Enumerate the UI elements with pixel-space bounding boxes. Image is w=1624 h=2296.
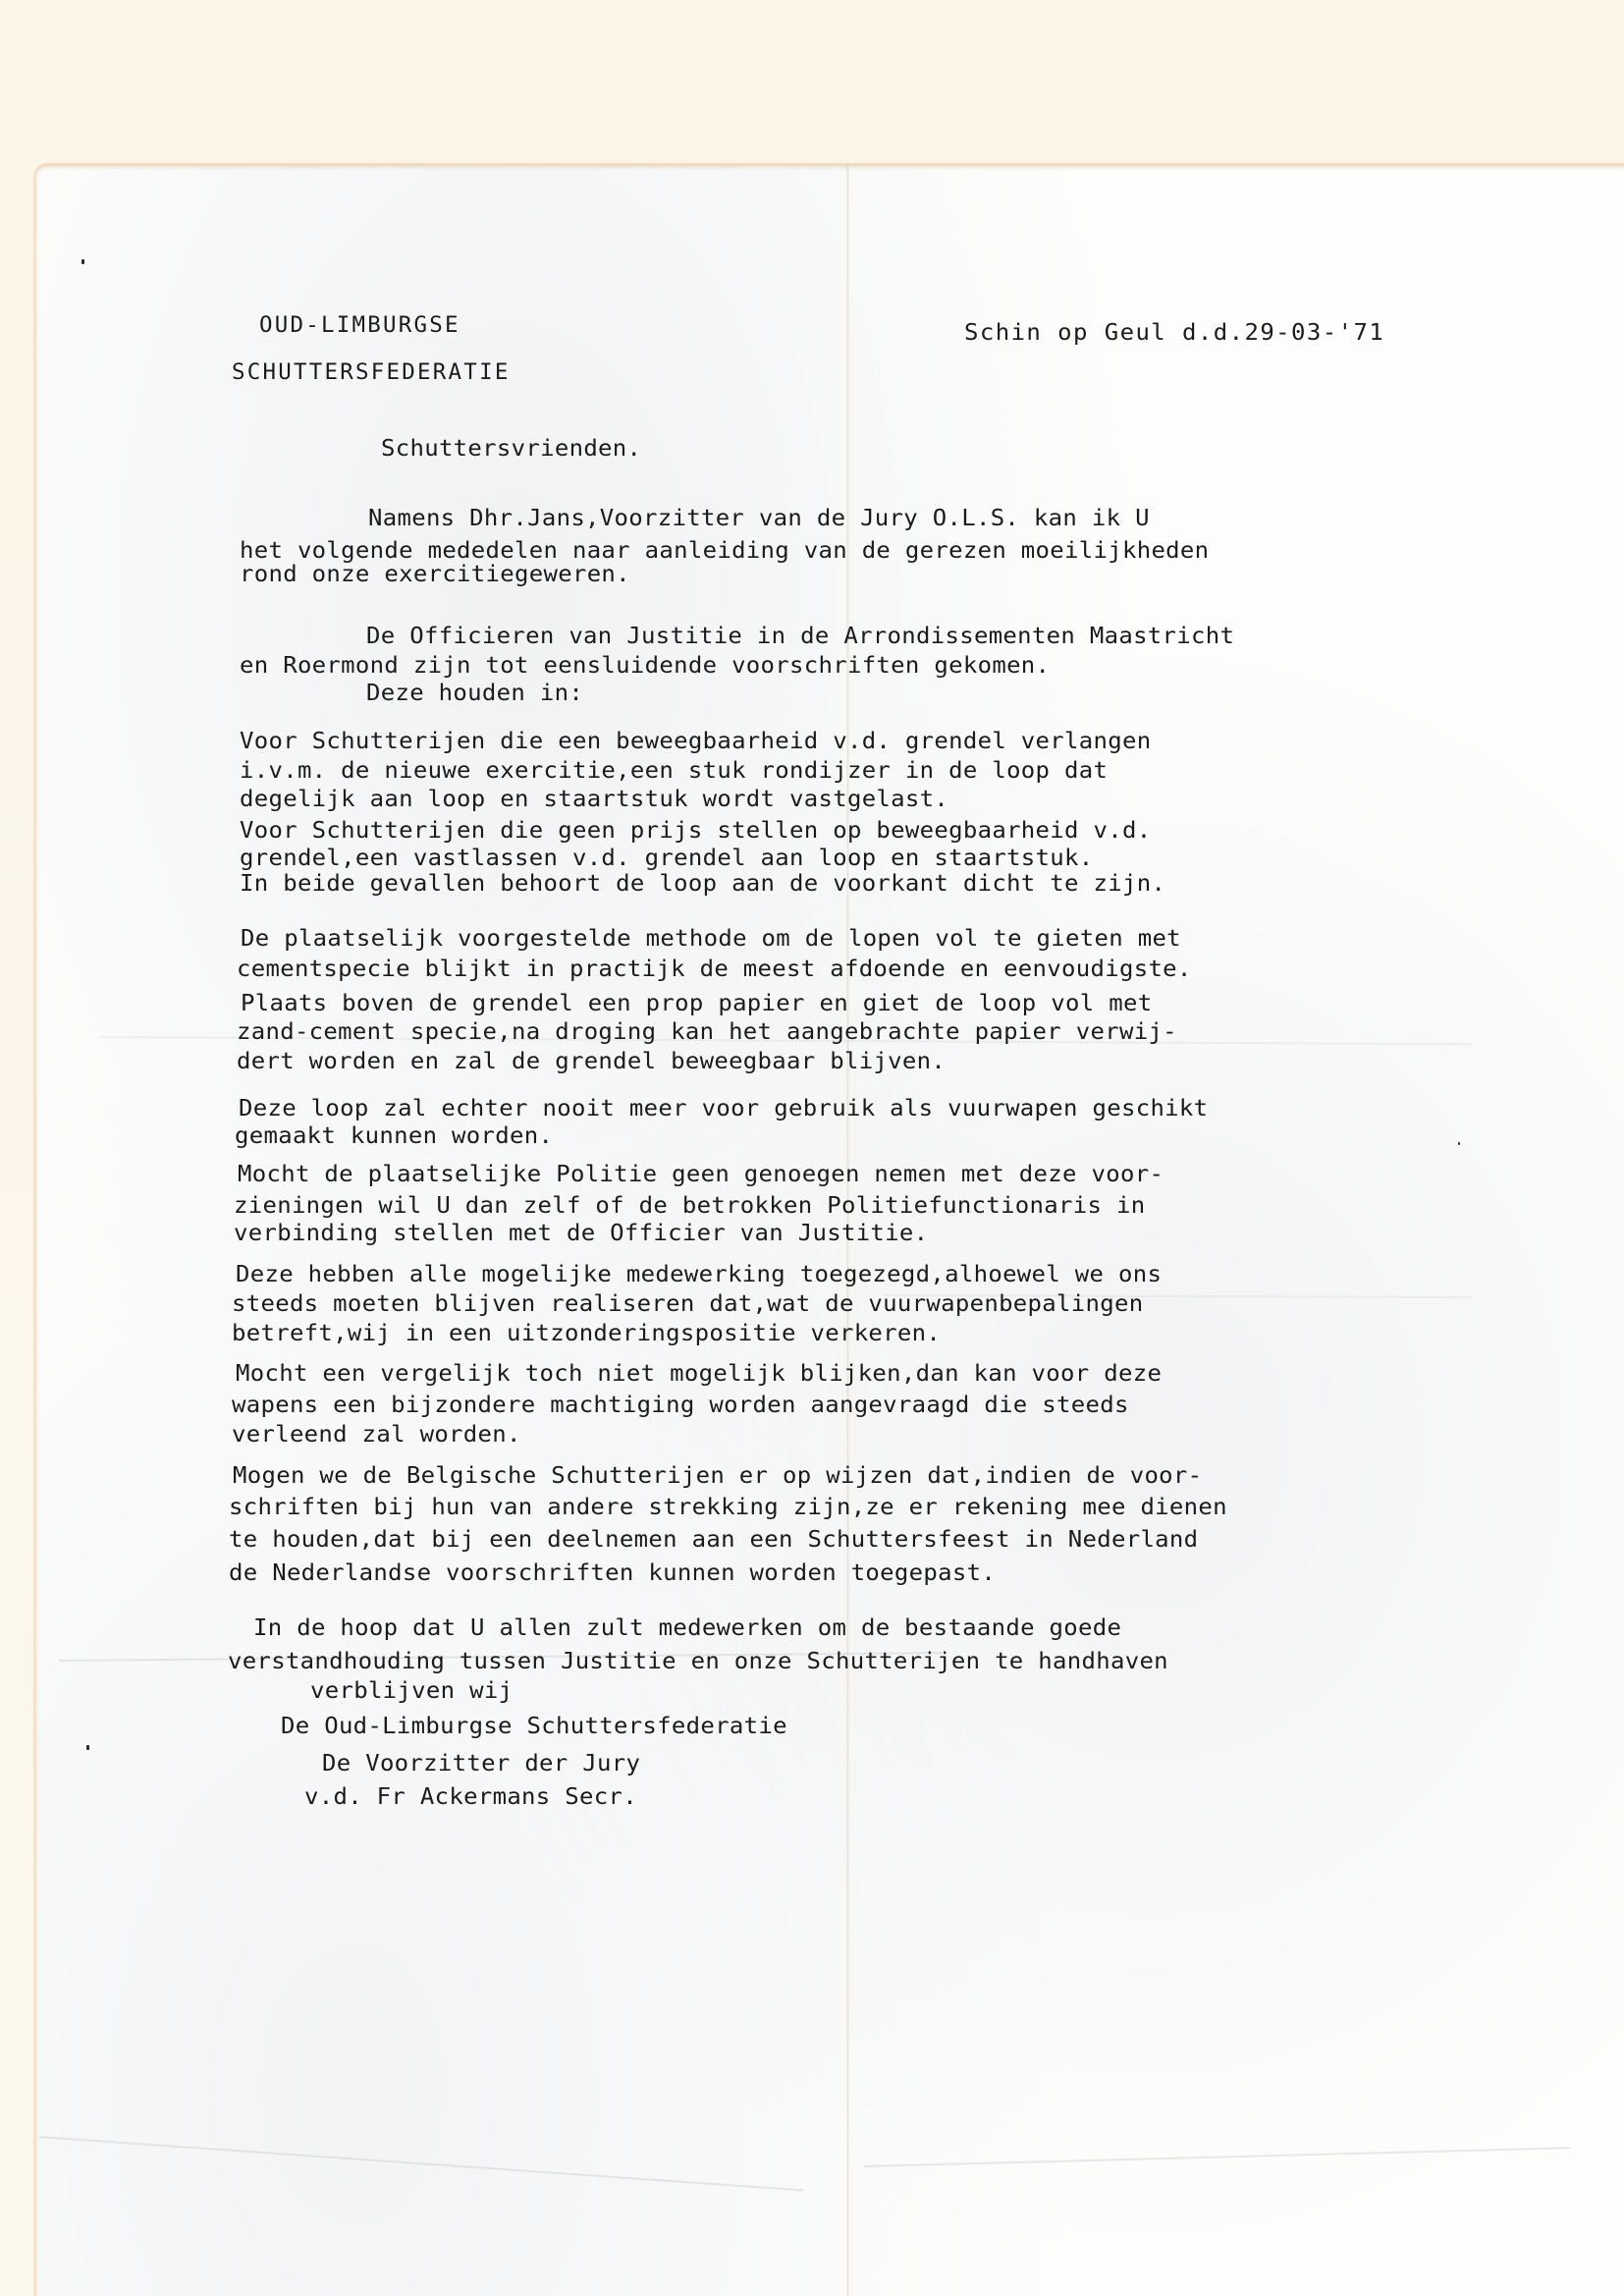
body-line: Deze houden in: xyxy=(366,679,583,706)
body-line: De Officieren van Justitie in de Arrondi… xyxy=(366,622,1234,649)
body-line: degelijk aan loop en staartstuk wordt va… xyxy=(240,785,948,812)
body-line: betreft,wij in een uitzonderingspositie … xyxy=(232,1319,941,1346)
body-line: te houden,dat bij een deelnemen aan een … xyxy=(229,1525,1198,1553)
scanned-letter: OUD-LIMBURGSE SCHUTTERSFEDERATIE Schin o… xyxy=(0,0,1624,2296)
body-line: Voor Schutterijen die geen prijs stellen… xyxy=(240,816,1151,844)
body-line: wapens een bijzondere machtiging worden … xyxy=(232,1391,1129,1418)
body-line: cementspecie blijkt in practijk de meest… xyxy=(237,955,1192,982)
body-line: rond onze exercitiegeweren. xyxy=(240,560,630,587)
body-line: grendel,een vastlassen v.d. grendel aan … xyxy=(240,844,1094,871)
body-line: zieningen wil U dan zelf of de betrokken… xyxy=(234,1191,1145,1219)
body-line: Mocht de plaatselijke Politie geen genoe… xyxy=(238,1160,1164,1187)
body-line: Plaats boven de grendel een prop papier … xyxy=(241,989,1152,1016)
body-line: Deze hebben alle mogelijke medewerking t… xyxy=(236,1260,1162,1287)
body-line: In beide gevallen behoort de loop aan de… xyxy=(240,869,1165,897)
ink-speck xyxy=(86,1745,89,1750)
body-line: verbinding stellen met de Officier van J… xyxy=(234,1219,928,1246)
body-line: zand-cement specie,na droging kan het aa… xyxy=(237,1017,1177,1045)
body-line: Namens Dhr.Jans,Voorzitter van de Jury O… xyxy=(368,504,1150,531)
ink-speck xyxy=(1458,1142,1460,1145)
closing-title: De Voorzitter der Jury xyxy=(322,1749,640,1777)
place-and-date: Schin op Geul d.d.29-03-'71 xyxy=(964,318,1384,346)
closing-organisation: De Oud-Limburgse Schuttersfederatie xyxy=(281,1712,787,1739)
body-line: Mogen we de Belgische Schutterijen er op… xyxy=(233,1461,1202,1489)
letterhead-org-line-2: SCHUTTERSFEDERATIE xyxy=(232,359,511,387)
body-line: Voor Schutterijen die een beweegbaarheid… xyxy=(240,727,1151,754)
body-line: steeds moeten blijven realiseren dat,wat… xyxy=(232,1289,1143,1317)
salutation: Schuttersvrienden. xyxy=(381,434,641,462)
body-line: verstandhouding tussen Justitie en onze … xyxy=(228,1647,1168,1674)
body-line: In de hoop dat U allen zult medewerken o… xyxy=(253,1613,1121,1641)
body-line: verleend zal worden. xyxy=(232,1420,521,1448)
body-line: i.v.m. de nieuwe exercitie,een stuk rond… xyxy=(240,756,1108,784)
closing-signatory: v.d. Fr Ackermans Secr. xyxy=(304,1782,637,1810)
body-line: de Nederlandse voorschriften kunnen word… xyxy=(229,1558,996,1586)
body-line: en Roermond zijn tot eensluidende voorsc… xyxy=(240,651,1050,679)
closing-line: verblijven wij xyxy=(310,1676,513,1704)
ink-speck xyxy=(81,259,84,264)
body-line: De plaatselijk voorgestelde methode om d… xyxy=(241,924,1181,952)
body-line: Deze loop zal echter nooit meer voor geb… xyxy=(239,1094,1208,1121)
body-line: schriften bij hun van andere strekking z… xyxy=(229,1493,1227,1520)
body-line: Mocht een vergelijk toch niet mogelijk b… xyxy=(236,1359,1162,1387)
body-line: dert worden en zal de grendel beweegbaar… xyxy=(237,1047,946,1074)
body-line: gemaakt kunnen worden. xyxy=(235,1121,553,1149)
letterhead-org-line-1: OUD-LIMBURGSE xyxy=(259,312,460,340)
